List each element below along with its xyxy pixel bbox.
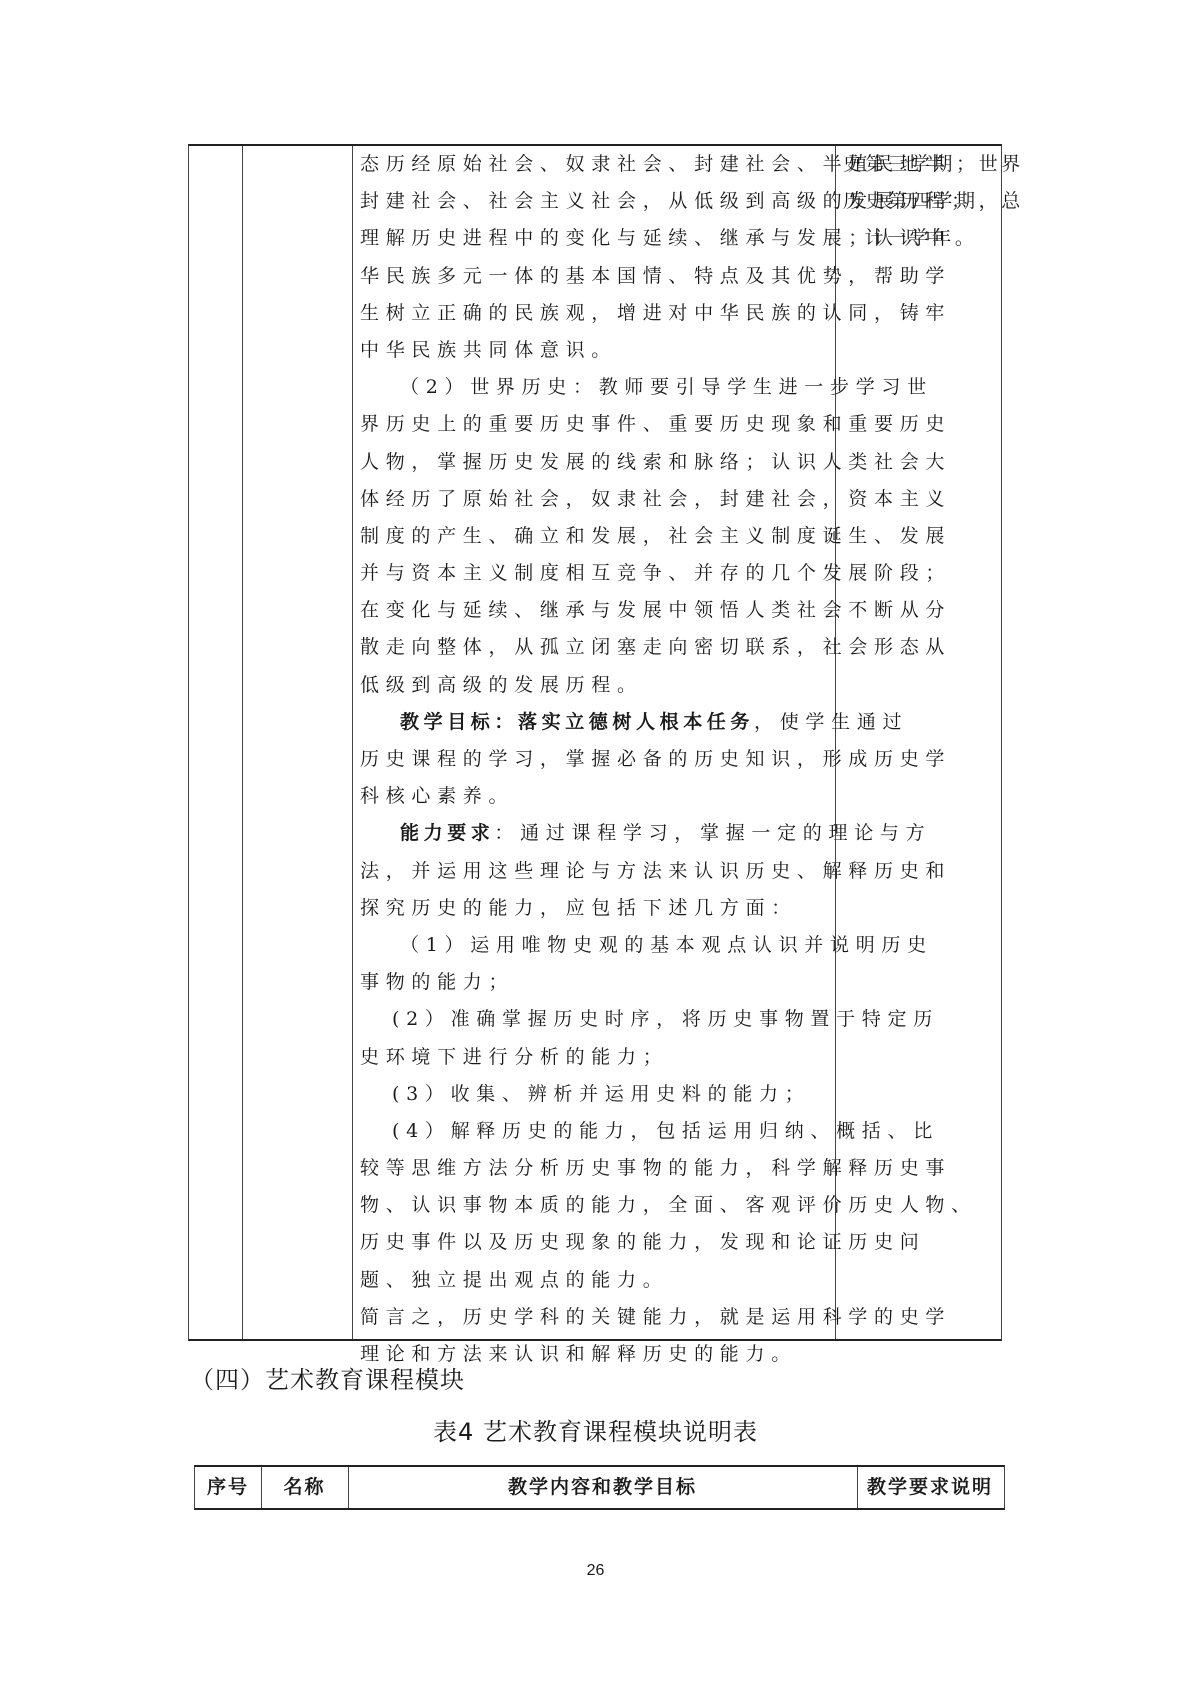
text-line: 体经历了原始社会，奴隶社会，封建社会，资本主义 — [360, 481, 831, 518]
text-line: 探究历史的能力，应包括下述几方面： — [360, 890, 831, 927]
text-line: 历史课程的学习，掌握必备的历史知识，形成历史学 — [360, 741, 831, 778]
header-requirements: 教学要求说明 — [857, 1467, 1003, 1508]
text-line: 低级到高级的发展历程。 — [360, 667, 831, 704]
teaching-goal-line: 教学目标：落实立德树人根本任务，使学生通过 — [360, 704, 831, 741]
text-line: 理解历史进程中的变化与延续、继承与发展；认识中 — [360, 220, 831, 257]
text-line: 简言之，历史学科的关键能力，就是运用科学的史学 — [360, 1299, 831, 1336]
note-line: 史第三学期；世界 — [843, 146, 999, 183]
text-line: 态历经原始社会、奴隶社会、封建社会、半殖民地半 — [360, 146, 831, 183]
text-line: (3）收集、辨析并运用史料的能力； — [360, 1076, 831, 1113]
text-line: （2）世界历史：教师要引导学生进一步学习世 — [360, 369, 831, 406]
text-line: 在变化与延续、继承与发展中领悟人类社会不断从分 — [360, 592, 831, 629]
text-line: 中华民族共同体意识。 — [360, 332, 831, 369]
teaching-content-cell: 态历经原始社会、奴隶社会、封建社会、半殖民地半封建社会、社会主义社会，从低级到高… — [354, 146, 837, 1373]
text-line: 题、独立提出观点的能力。 — [360, 1262, 831, 1299]
text-line: 界历史上的重要历史事件、重要历史现象和重要历史 — [360, 406, 831, 443]
text-line: 法，并运用这些理论与方法来认识历史、解释历史和 — [360, 853, 831, 890]
note-line: 历史第四学期，总 — [843, 183, 999, 220]
column-divider — [352, 146, 353, 1339]
content-paragraphs: 态历经原始社会、奴隶社会、封建社会、半殖民地半封建社会、社会主义社会，从低级到高… — [360, 146, 831, 704]
art-course-table-header: 序号 名称 教学内容和教学目标 教学要求说明 — [194, 1465, 1005, 1510]
text-line: 较等思维方法分析历史事物的能力，科学解释历史事 — [360, 1150, 831, 1187]
ability-requirement-label: 能力要求 — [400, 822, 494, 844]
text-line: 史环境下进行分析的能力； — [360, 1039, 831, 1076]
text-line: 物、认识事物本质的能力，全面、客观评价历史人物、 — [360, 1187, 831, 1224]
text-line: 华民族多元一体的基本国情、特点及其优势，帮助学 — [360, 258, 831, 295]
text-line: 散走向整体，从孤立闭塞走向密切联系，社会形态从 — [360, 629, 831, 666]
text-line: 制度的产生、确立和发展，社会主义制度诞生、发展 — [360, 518, 831, 555]
column-divider — [242, 146, 243, 1339]
text-line: 并与资本主义制度相互竞争、并存的几个发展阶段； — [360, 555, 831, 592]
text-line: 事物的能力； — [360, 964, 831, 1001]
page-number: 26 — [0, 1562, 1191, 1580]
header-name: 名称 — [261, 1467, 348, 1508]
header-index: 序号 — [195, 1467, 261, 1508]
text-line: （1）运用唯物史观的基本观点认识并说明历史 — [360, 927, 831, 964]
text-line: (2）准确掌握历史时序，将历史事物置于特定历 — [360, 1001, 831, 1038]
text-line: 人物，掌握历史发展的线索和脉络；认识人类社会大 — [360, 444, 831, 481]
text-line: 科核心素养。 — [360, 778, 831, 815]
teaching-goal-label: 教学目标：落实立德树人根本任务 — [400, 711, 754, 733]
note-line: 计一学年。 — [843, 220, 999, 257]
ability-requirement-line: 能力要求：通过课程学习，掌握一定的理论与方 — [360, 815, 831, 852]
teaching-requirement-cell: 史第三学期；世界 历史第四学期，总 计一学年。 — [837, 146, 1003, 258]
text-line: 生树立正确的民族观，增进对中华民族的认同，铸牢 — [360, 295, 831, 332]
header-content-goals: 教学内容和教学目标 — [348, 1467, 857, 1508]
text-line: 封建社会、社会主义社会，从低级到高级的发展历程； — [360, 183, 831, 220]
ability-list: （1）运用唯物史观的基本观点认识并说明历史事物的能力；(2）准确掌握历史时序，将… — [360, 927, 831, 1373]
section-heading: （四）艺术教育课程模块 — [190, 1362, 465, 1398]
text-line: 历史事件以及历史现象的能力，发现和论证历史问 — [360, 1224, 831, 1261]
table-caption: 表4 艺术教育课程模块说明表 — [0, 1414, 1191, 1450]
text-line: (4）解释历史的能力，包括运用归纳、概括、比 — [360, 1113, 831, 1150]
continued-course-table: 态历经原始社会、奴隶社会、封建社会、半殖民地半封建社会、社会主义社会，从低级到高… — [188, 144, 1002, 1341]
